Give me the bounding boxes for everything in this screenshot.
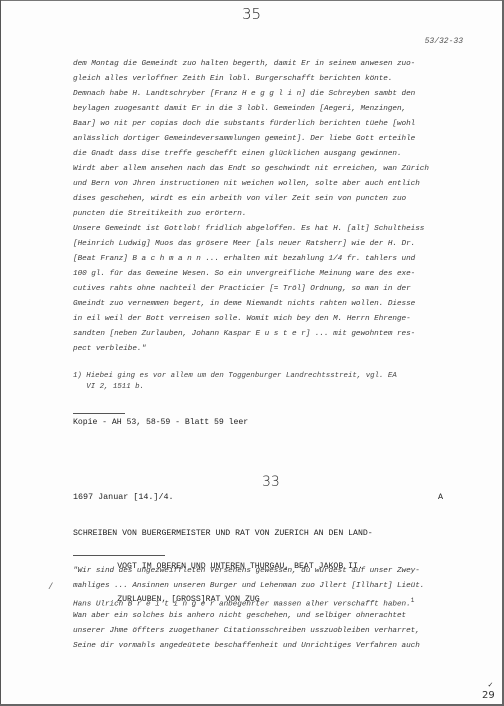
text-line: Unsere Gemeindt ist Gottlob! fridlich ab… [73, 225, 424, 233]
text-line: anlässlich dortiger Gemeindeversammlunge… [73, 135, 415, 143]
text-line: cutives rahts ohne nachteil der Practici… [73, 285, 411, 293]
text-line: die Gnadt dass dise treffe geschefft ein… [73, 150, 402, 158]
text-line: Wirdt aber allem ansehen nach das Endt s… [73, 165, 429, 173]
page-border-left [0, 0, 1, 706]
text-line: 100 gl. für das Gemeine Wesen. So ein un… [73, 270, 415, 278]
folio-number: 29 [482, 690, 495, 701]
text-line: Gmeindt zuo vernemmen begert, in deme Ni… [73, 300, 415, 308]
text-line: beylagen zuogesantt damit Er in die 3 lo… [73, 105, 406, 113]
margin-mark: / [48, 582, 53, 592]
source-note: Kopie - AH 53, 58-59 - Blatt 59 leer [73, 418, 248, 427]
separator-rule [73, 555, 165, 556]
text-line: [Beat Franz] B a c h m a n n ... erhalte… [73, 255, 415, 263]
separator-rule [73, 413, 125, 414]
heading-line: SCHREIBEN VON BUERGERMEISTER UND RAT VON… [73, 528, 373, 539]
footnote-line: VI 2, 1511 b. [73, 383, 144, 391]
check-mark-icon: ✓ [488, 680, 493, 690]
handwritten-page-number: 35 [242, 5, 261, 23]
document-date: 1697 Januar [14.]/4. [73, 492, 174, 502]
text-line: unserer Jhme öffters zuogethaner Citatio… [73, 627, 420, 635]
text-line-content: Hans Ulrich B r e i t i n g e r anbegehr… [73, 601, 411, 609]
text-line: Baar] wo nit per copias doch die substan… [73, 120, 415, 128]
text-line: pect verbleibe." [73, 345, 146, 353]
text-line: mahliges ... Ansinnen unseren Burger und… [73, 582, 424, 590]
text-line: dises geschehen, wirdt es ein arbeith vo… [73, 195, 406, 203]
document-number: 33 [262, 474, 280, 490]
text-line: [Heinrich Ludwig] Muos das grösere Meer … [73, 240, 415, 248]
text-line: in eil weil der Bott verreisen solle. Wo… [73, 315, 411, 323]
text-line: Wan aber ein solches bis anhero nicht ge… [73, 612, 406, 620]
text-line: Seine dir vormahls angedeütete beschaffe… [73, 642, 420, 650]
text-line: Hans Ulrich B r e i t i n g e r anbegehr… [73, 597, 414, 609]
text-line: gleich alles verloffner Zeith Ein lobl. … [73, 75, 392, 83]
footnote-line: 1) Hiebei ging es vor allem um den Togge… [73, 372, 397, 380]
document-marker: A [438, 492, 443, 502]
page-border-top [0, 0, 504, 1]
text-line: puncten die Streitikeith zuo erörtern. [73, 210, 246, 218]
document-reference: 53/32-33 [425, 37, 463, 46]
footnote-marker: 1 [411, 597, 415, 604]
text-line: "Wir sind des ungezweiffleten Versehens … [73, 567, 420, 575]
text-line: dem Montag die Gemeindt zuo halten beger… [73, 60, 415, 68]
text-line: sandten [neben Zurlauben, Johann Kaspar … [73, 330, 415, 338]
text-line: und Bern von Jhren instructionen nit wei… [73, 180, 420, 188]
text-line: Demnach habe H. Landtschryber [Franz H e… [73, 90, 415, 98]
